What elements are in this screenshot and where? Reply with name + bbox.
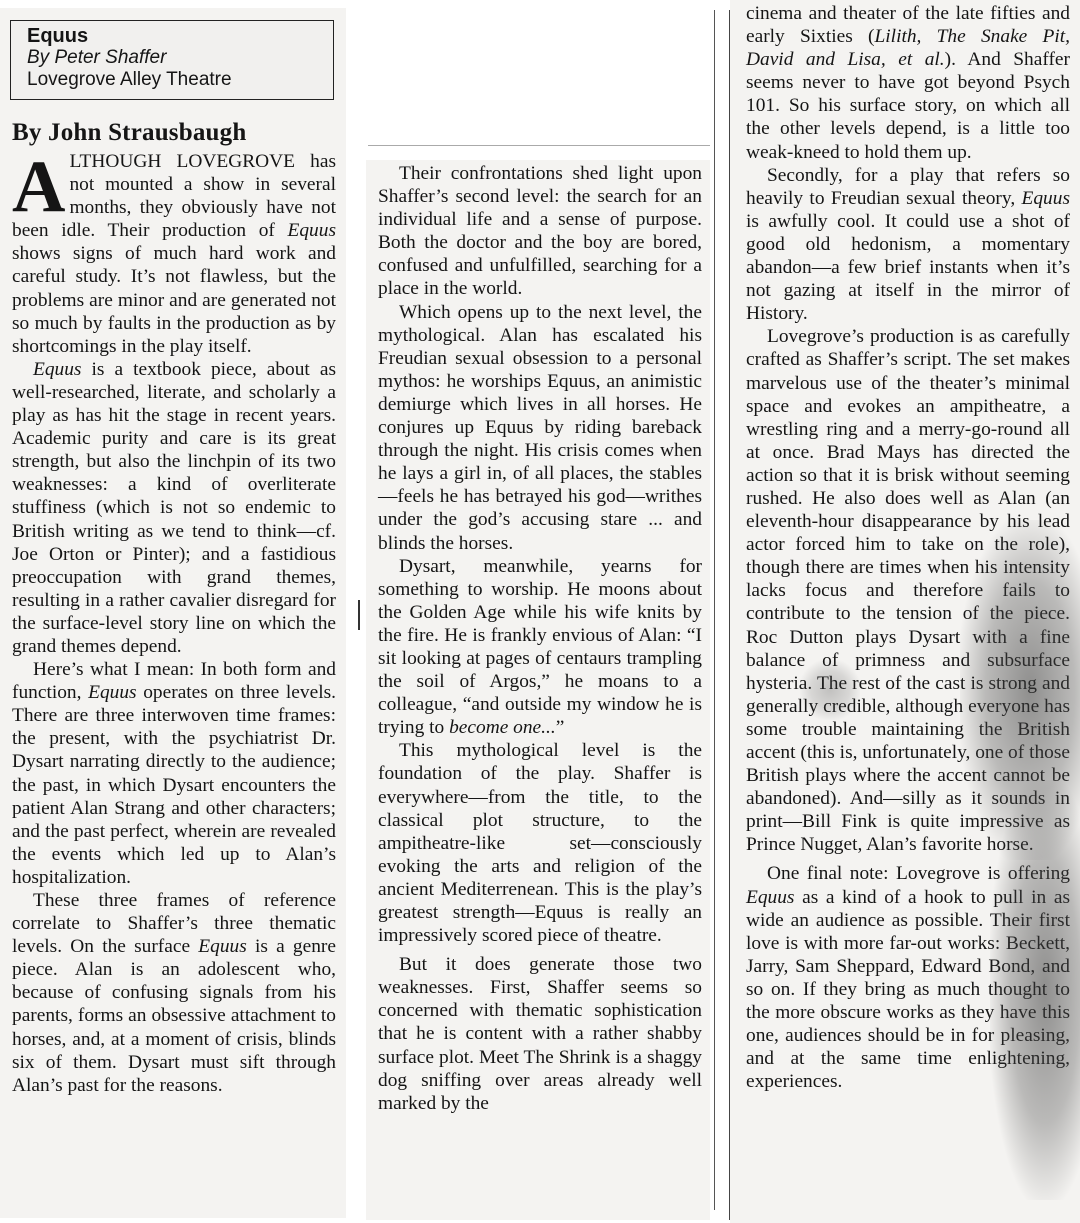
- paragraph-6: Which opens up to the next level, the my…: [378, 301, 702, 555]
- drop-cap: A: [12, 154, 65, 216]
- paragraph-text: is a genre piece. Alan is an adolescent …: [12, 936, 336, 1096]
- paragraph-text: operates on three levels. There are thre…: [12, 682, 336, 888]
- paragraph-3: Here’s what I mean: In both form and fun…: [12, 658, 336, 889]
- lead-in: LTHOUGH LOVEGROVE: [69, 151, 295, 172]
- play-info-box: Equus By Peter Shaffer Lovegrove Alley T…: [10, 20, 334, 100]
- play-title-italic: Equus: [1022, 188, 1070, 209]
- paragraph-13: One final note: Lovegrove is offering Eq…: [746, 862, 1070, 1093]
- paragraph-text: ”: [556, 717, 565, 738]
- play-venue: Lovegrove Alley Theatre: [27, 69, 333, 91]
- play-author: By Peter Shaffer: [27, 47, 333, 69]
- paragraph-text: shows signs of much hard work and carefu…: [12, 243, 336, 356]
- paragraph-text: is awfully cool. It could use a shot of …: [746, 211, 1070, 324]
- paragraph-11: Secondly, for a play that refers so heav…: [746, 164, 1070, 326]
- play-title-italic: Equus: [33, 359, 81, 380]
- paragraph-5: Their confrontations shed light upon Sha…: [378, 162, 702, 301]
- paragraph-text: One final note: Lovegrove is offering: [767, 863, 1070, 884]
- play-title-italic: Equus: [288, 220, 336, 241]
- column3-left-border: [729, 10, 730, 1220]
- play-title-italic: Equus: [198, 936, 246, 957]
- column2-top-rule: [368, 145, 710, 146]
- paragraph-text: is a textbook piece, about as well-resea…: [12, 359, 336, 657]
- paragraph-8: This mythological level is the foundatio…: [378, 739, 702, 947]
- paragraph-1: ALTHOUGH LOVEGROVE has not mounted a sho…: [12, 150, 336, 358]
- column-divider-right: [714, 10, 715, 1210]
- quote-italic: become one...: [449, 717, 556, 738]
- article-column-1: ALTHOUGH LOVEGROVE has not mounted a sho…: [12, 150, 336, 1097]
- article-byline: By John Strausbaugh: [12, 118, 246, 148]
- article-column-2: Their confrontations shed light upon Sha…: [378, 162, 702, 1115]
- paragraph-9: But it does generate those two weaknesse…: [378, 953, 702, 1115]
- paragraph-10: cinema and theater of the late fifties a…: [746, 2, 1070, 164]
- paragraph-text: Dysart, meanwhile, yearns for something …: [378, 556, 702, 739]
- play-title-italic: Equus: [746, 887, 794, 908]
- paragraph-text: as a kind of a hook to pull in as wide a…: [746, 887, 1070, 1093]
- column-divider-left: [358, 600, 360, 630]
- paragraph-7: Dysart, meanwhile, yearns for something …: [378, 555, 702, 740]
- paragraph-4: These three frames of reference correlat…: [12, 889, 336, 1097]
- article-column-3: cinema and theater of the late fifties a…: [746, 2, 1070, 1093]
- paragraph-12: Lovegrove’s production is as carefully c…: [746, 325, 1070, 856]
- paragraph-2: Equus is a textbook piece, about as well…: [12, 358, 336, 658]
- play-title-italic: Equus: [88, 682, 136, 703]
- play-title: Equus: [27, 25, 333, 47]
